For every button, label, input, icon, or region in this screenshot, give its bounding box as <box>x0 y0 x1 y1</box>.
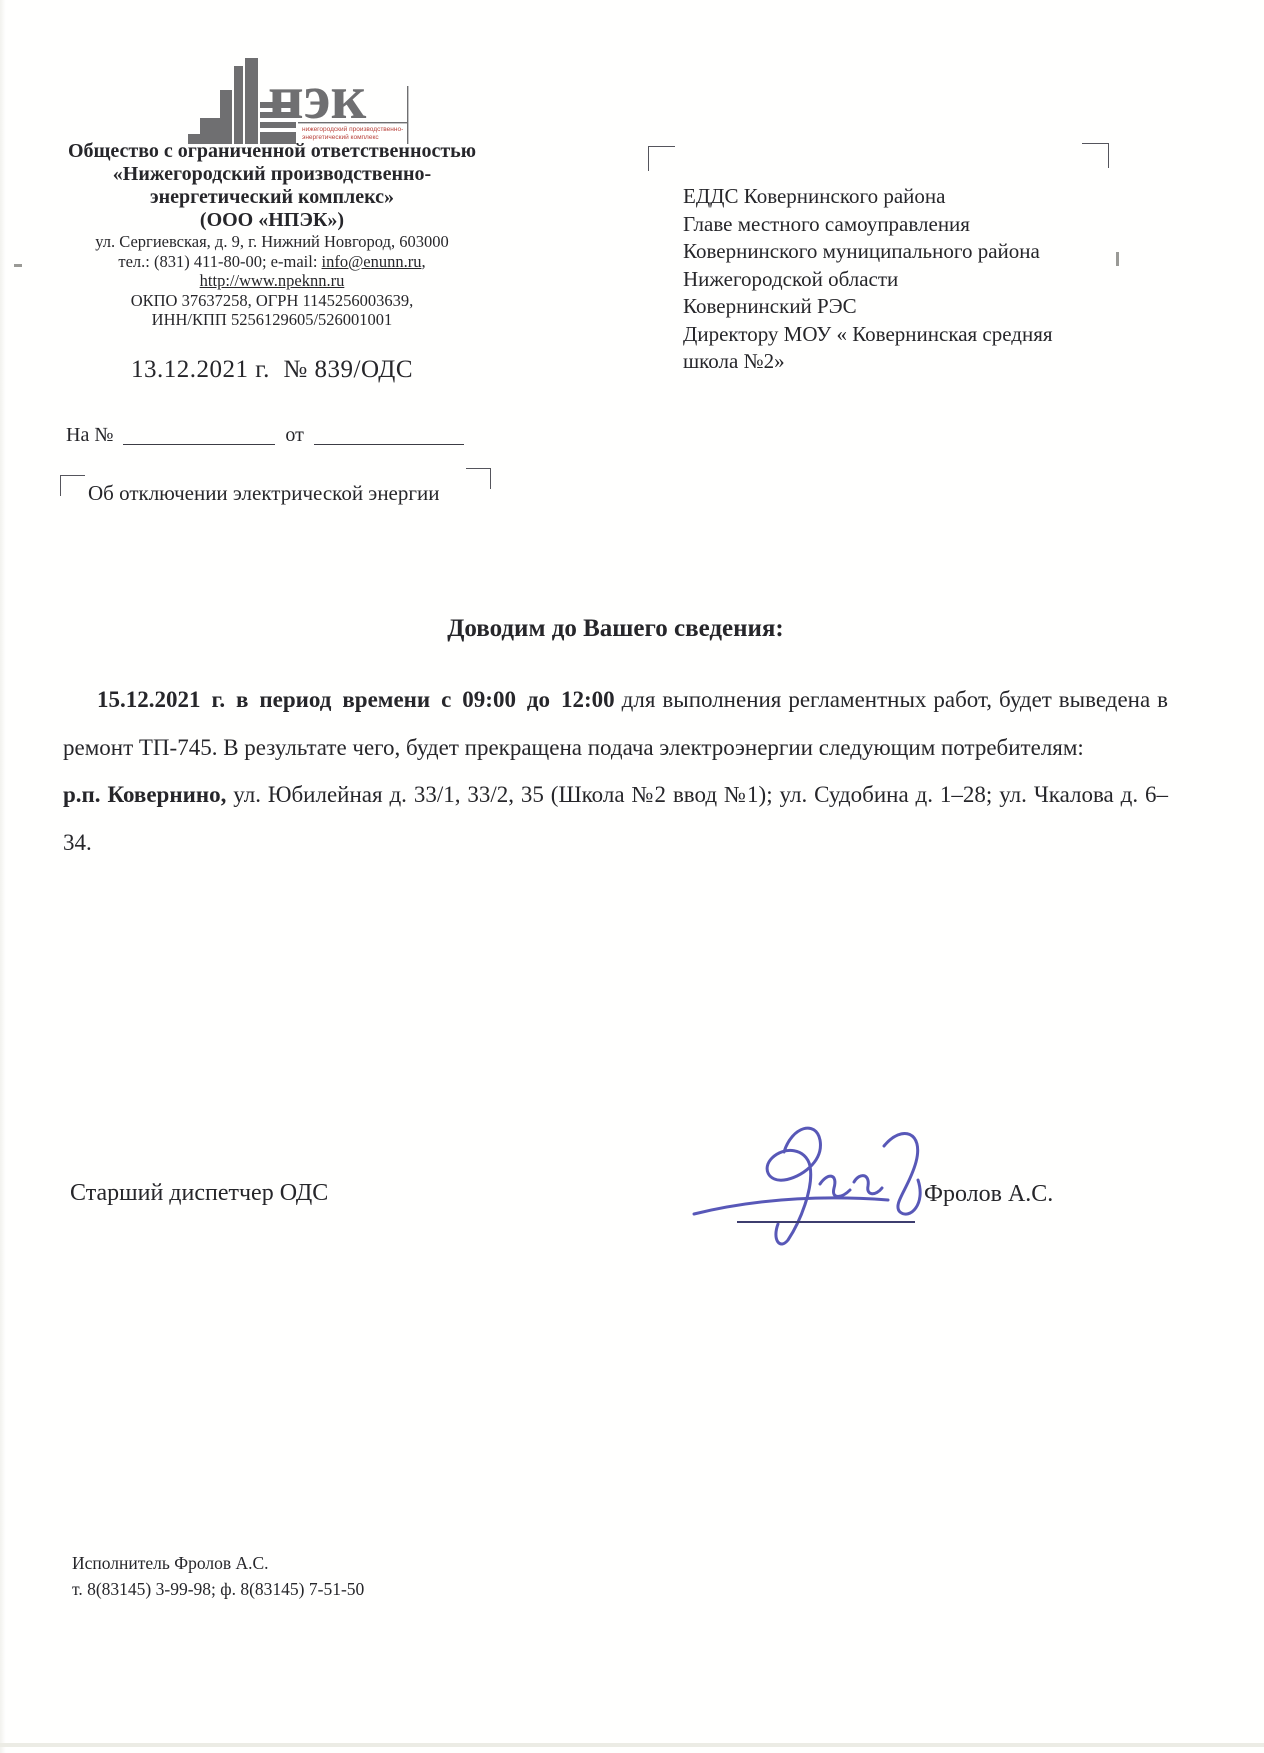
corner-mark-subject-top-right <box>466 468 491 489</box>
body-para2-bold-text: р.п. Ковернино, <box>63 782 226 807</box>
logo-tagline-1: нижегородский производственно- <box>302 125 403 133</box>
body-para2-rest-text: ул. Юбилейная д. 33/1, 33/2, 35 (Школа №… <box>63 782 1168 855</box>
sender-name-line: «Нижегородский производственно- <box>38 163 506 186</box>
sender-contact-suffix: , <box>422 252 426 271</box>
npek-logo: пэк нижегородский производственно- энерг… <box>186 52 436 152</box>
executor-name: Исполнитель Фролов А.С. <box>72 1550 364 1576</box>
scan-speck <box>14 264 22 267</box>
sender-website-link[interactable]: http://www.npeknn.ru <box>38 271 506 291</box>
corner-mark-recipient-top-left <box>648 146 675 171</box>
body-para1-bold-text: 15.12.2021 г. в период времени с 09:00 д… <box>97 687 615 712</box>
ref-date-blank-field[interactable] <box>314 424 464 445</box>
sender-name-line: энергетический комплекс» <box>38 186 506 209</box>
sender-okpo-ogrn: ОКПО 37637258, ОГРН 1145256003639, <box>38 291 506 311</box>
body-paragraph-2: р.п. Ковернино, ул. Юбилейная д. 33/1, 3… <box>63 771 1168 866</box>
sender-name-line: Общество с ограниченной ответственностью <box>38 140 506 163</box>
scan-edge-artifact <box>0 0 6 1753</box>
scan-speck <box>1116 252 1119 266</box>
letter-body: 15.12.2021 г. в период времени с 09:00 д… <box>63 676 1168 866</box>
ref-number-blank-field[interactable] <box>123 424 275 445</box>
scan-edge-artifact <box>0 1743 1264 1747</box>
corner-mark-recipient-top-right <box>1082 143 1109 168</box>
scanned-letter-page: пэк нижегородский производственно- энерг… <box>0 0 1264 1753</box>
ref-na-label: На № <box>66 424 113 447</box>
letter-subject: Об отключении электрической энергии <box>38 481 506 506</box>
recipient-line: ЕДДС Ковернинского района <box>683 183 1103 211</box>
body-paragraph-1: 15.12.2021 г. в период времени с 09:00 д… <box>63 676 1168 771</box>
recipient-line: Ковернинский РЭС <box>683 293 1103 321</box>
signature-line <box>737 1221 915 1223</box>
recipient-line: Нижегородской области <box>683 266 1103 294</box>
sender-phone: тел.: (831) 411-80-00; e-mail: <box>118 252 321 271</box>
reference-row: На № от <box>38 424 506 447</box>
recipient-line: Директору МОУ « Ковернинская средняя <box>683 321 1103 349</box>
sender-email-link[interactable]: info@enunn.ru <box>322 252 422 271</box>
recipient-line: Ковернинского муниципального района <box>683 238 1103 266</box>
body-heading: Доводим до Вашего сведения: <box>63 615 1168 643</box>
executor-footer: Исполнитель Фролов А.С. т. 8(83145) 3-99… <box>72 1550 364 1602</box>
signer-name: Фролов А.С. <box>924 1181 1053 1208</box>
logo-acronym: пэк <box>268 64 367 132</box>
recipient-line: школа №2» <box>683 348 1103 376</box>
sender-name-line: (ООО «НПЭК») <box>38 209 506 232</box>
recipient-block: ЕДДС Ковернинского района Главе местного… <box>683 183 1103 376</box>
npek-logo-graphic: пэк нижегородский производственно- энерг… <box>186 52 436 152</box>
sender-inn-kpp: ИНН/КПП 5256129605/526001001 <box>38 310 506 330</box>
corner-mark-subject-top-left <box>60 475 85 496</box>
handwritten-signature <box>688 1118 938 1248</box>
letter-date-number: 13.12.2021 г. № 839/ОДС <box>38 356 506 384</box>
sender-block: Общество с ограниченной ответственностью… <box>38 140 506 506</box>
signer-position-title: Старший диспетчер ОДС <box>70 1180 328 1207</box>
ref-ot-label: от <box>285 424 303 447</box>
sender-contact-line: тел.: (831) 411-80-00; e-mail: info@enun… <box>38 252 506 272</box>
recipient-line: Главе местного самоуправления <box>683 211 1103 239</box>
executor-phones: т. 8(83145) 3-99-98; ф. 8(83145) 7-51-50 <box>72 1576 364 1602</box>
sender-address: ул. Сергиевская, д. 9, г. Нижний Новгоро… <box>38 232 506 252</box>
